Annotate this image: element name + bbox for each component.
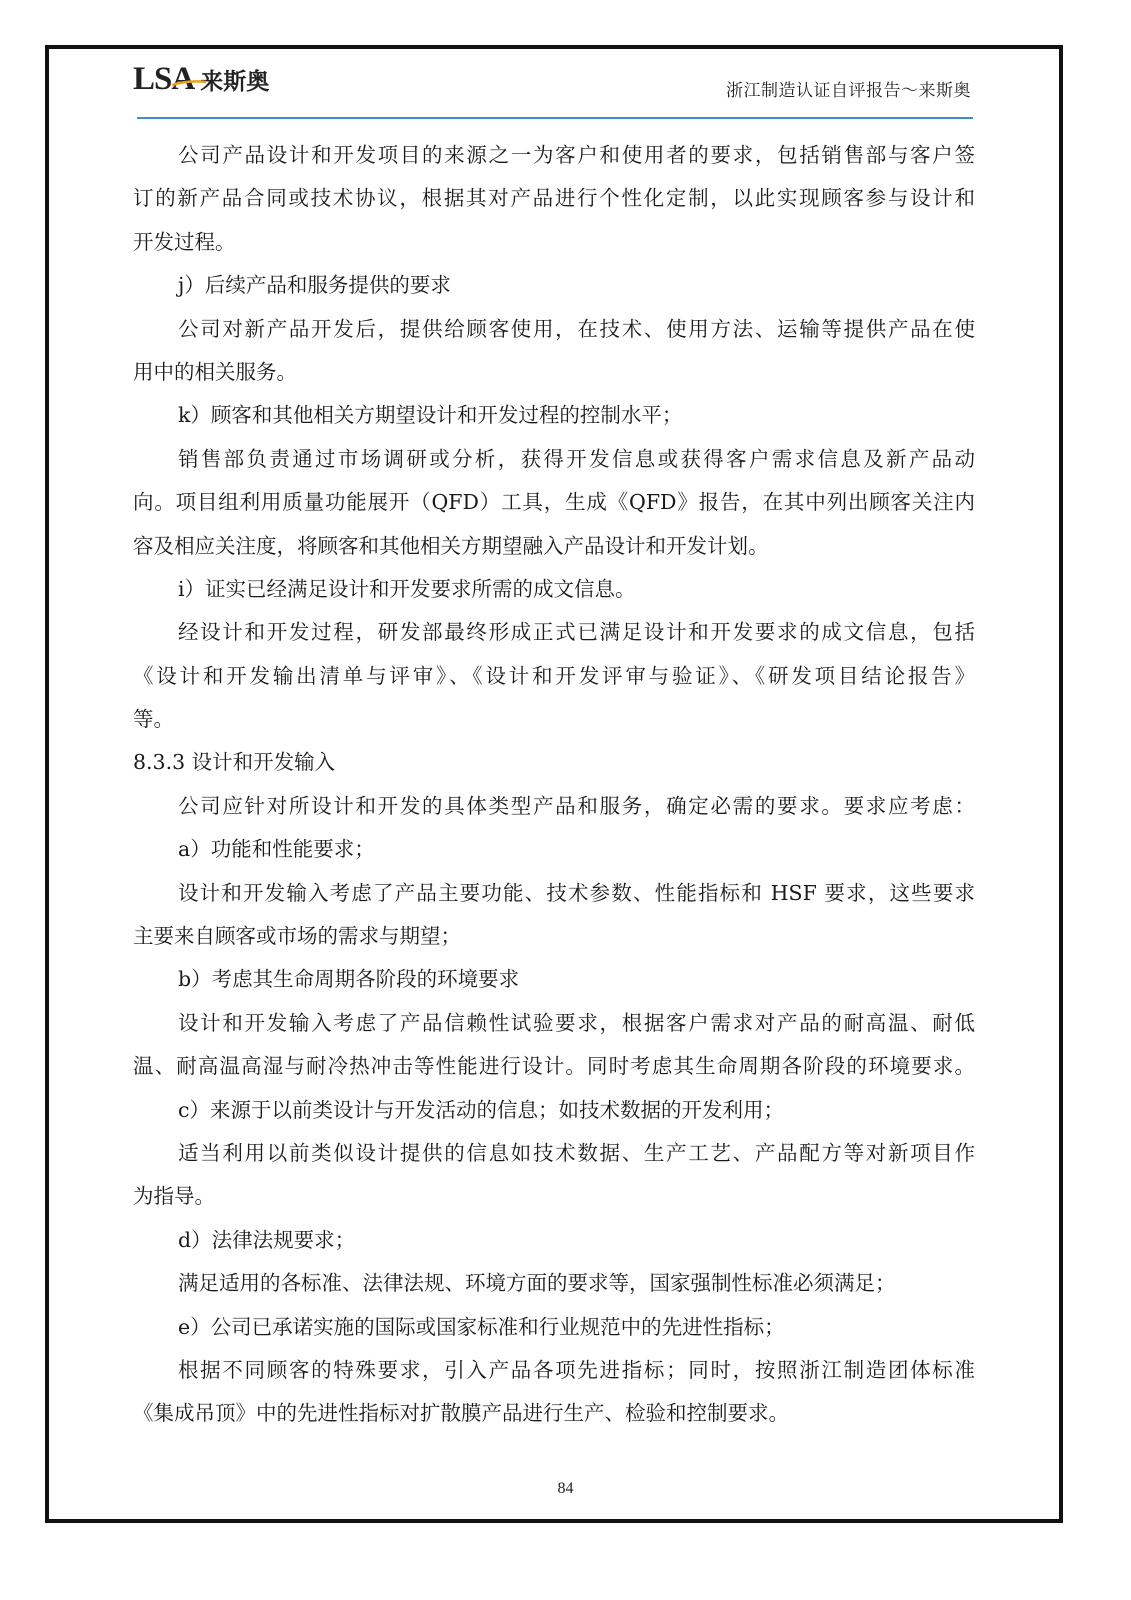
logo-chinese-name: 来斯奥 xyxy=(200,71,269,96)
body-text-line: 公司产品设计和开发项目的来源之一为客户和使用者的要求，包括销售部与客户签 xyxy=(133,134,975,177)
page-number: 84 xyxy=(0,1480,1131,1498)
body-text-line: 设计和开发输入考虑了产品信赖性试验要求，根据客户需求对产品的耐高温、耐低 xyxy=(133,1002,975,1045)
body-text-line: 《设计和开发输出清单与评审》、《设计和开发评审与验证》、《研发项目结论报告》 xyxy=(133,655,975,698)
body-text-line: 《集成吊顶》中的先进性指标对扩散膜产品进行生产、检验和控制要求。 xyxy=(133,1392,975,1435)
body-text-line: 销售部负责通过市场调研或分析，获得开发信息或获得客户需求信息及新产品动 xyxy=(133,438,975,481)
body-text-line: 容及相应关注度，将顾客和其他相关方期望融入产品设计和开发计划。 xyxy=(133,525,975,568)
body-text-line: 开发过程。 xyxy=(133,221,975,264)
body-text-line: 根据不同顾客的特殊要求，引入产品各项先进指标；同时，按照浙江制造团体标准 xyxy=(133,1349,975,1392)
body-text-line: i）证实已经满足设计和开发要求所需的成文信息。 xyxy=(133,568,975,611)
body-text-line: 公司应针对所设计和开发的具体类型产品和服务，确定必需的要求。要求应考虑： xyxy=(133,785,975,828)
header-divider xyxy=(137,117,973,119)
body-text-line: 满足适用的各标准、法律法规、环境方面的要求等，国家强制性标准必须满足； xyxy=(133,1262,975,1305)
body-text-line: e）公司已承诺实施的国际或国家标准和行业规范中的先进性指标； xyxy=(133,1306,975,1349)
body-text-line: j）后续产品和服务提供的要求 xyxy=(133,264,975,307)
body-text-line: d）法律法规要求； xyxy=(133,1219,975,1262)
body-text-line: 向。项目组利用质量功能展开（QFD）工具，生成《QFD》报告，在其中列出顾客关注… xyxy=(133,481,975,524)
document-body: 公司产品设计和开发项目的来源之一为客户和使用者的要求，包括销售部与客户签订的新产… xyxy=(133,134,975,1436)
body-text-line: 适当利用以前类似设计提供的信息如技术数据、生产工艺、产品配方等对新项目作 xyxy=(133,1132,975,1175)
body-text-line: k）顾客和其他相关方期望设计和开发过程的控制水平； xyxy=(133,394,975,437)
body-text-line: b）考虑其生命周期各阶段的环境要求 xyxy=(133,958,975,1001)
body-text-line: 主要来自顾客或市场的需求与期望； xyxy=(133,915,975,958)
company-logo: LSA 来斯奥 xyxy=(133,62,269,96)
body-text-line: c）来源于以前类设计与开发活动的信息；如技术数据的开发利用； xyxy=(133,1089,975,1132)
body-text-line: 公司对新产品开发后，提供给顾客使用，在技术、使用方法、运输等提供产品在使 xyxy=(133,308,975,351)
body-text-line: 用中的相关服务。 xyxy=(133,351,975,394)
body-text-line: a）功能和性能要求； xyxy=(133,828,975,871)
body-text-line: 经设计和开发过程，研发部最终形成正式已满足设计和开发要求的成文信息，包括 xyxy=(133,611,975,654)
body-text-line: 为指导。 xyxy=(133,1175,975,1218)
body-text-line: 设计和开发输入考虑了产品主要功能、技术参数、性能指标和 HSF 要求，这些要求 xyxy=(133,872,975,915)
body-text-line: 温、耐高温高湿与耐冷热冲击等性能进行设计。同时考虑其生命周期各阶段的环境要求。 xyxy=(133,1045,975,1088)
logo-swoosh-icon xyxy=(171,79,207,87)
body-text-line: 等。 xyxy=(133,698,975,741)
section-heading: 8.3.3 设计和开发输入 xyxy=(133,741,975,784)
body-text-line: 订的新产品合同或技术协议，根据其对产品进行个性化定制，以此实现顾客参与设计和 xyxy=(133,177,975,220)
document-header-title: 浙江制造认证自评报告～来斯奥 xyxy=(726,76,971,101)
